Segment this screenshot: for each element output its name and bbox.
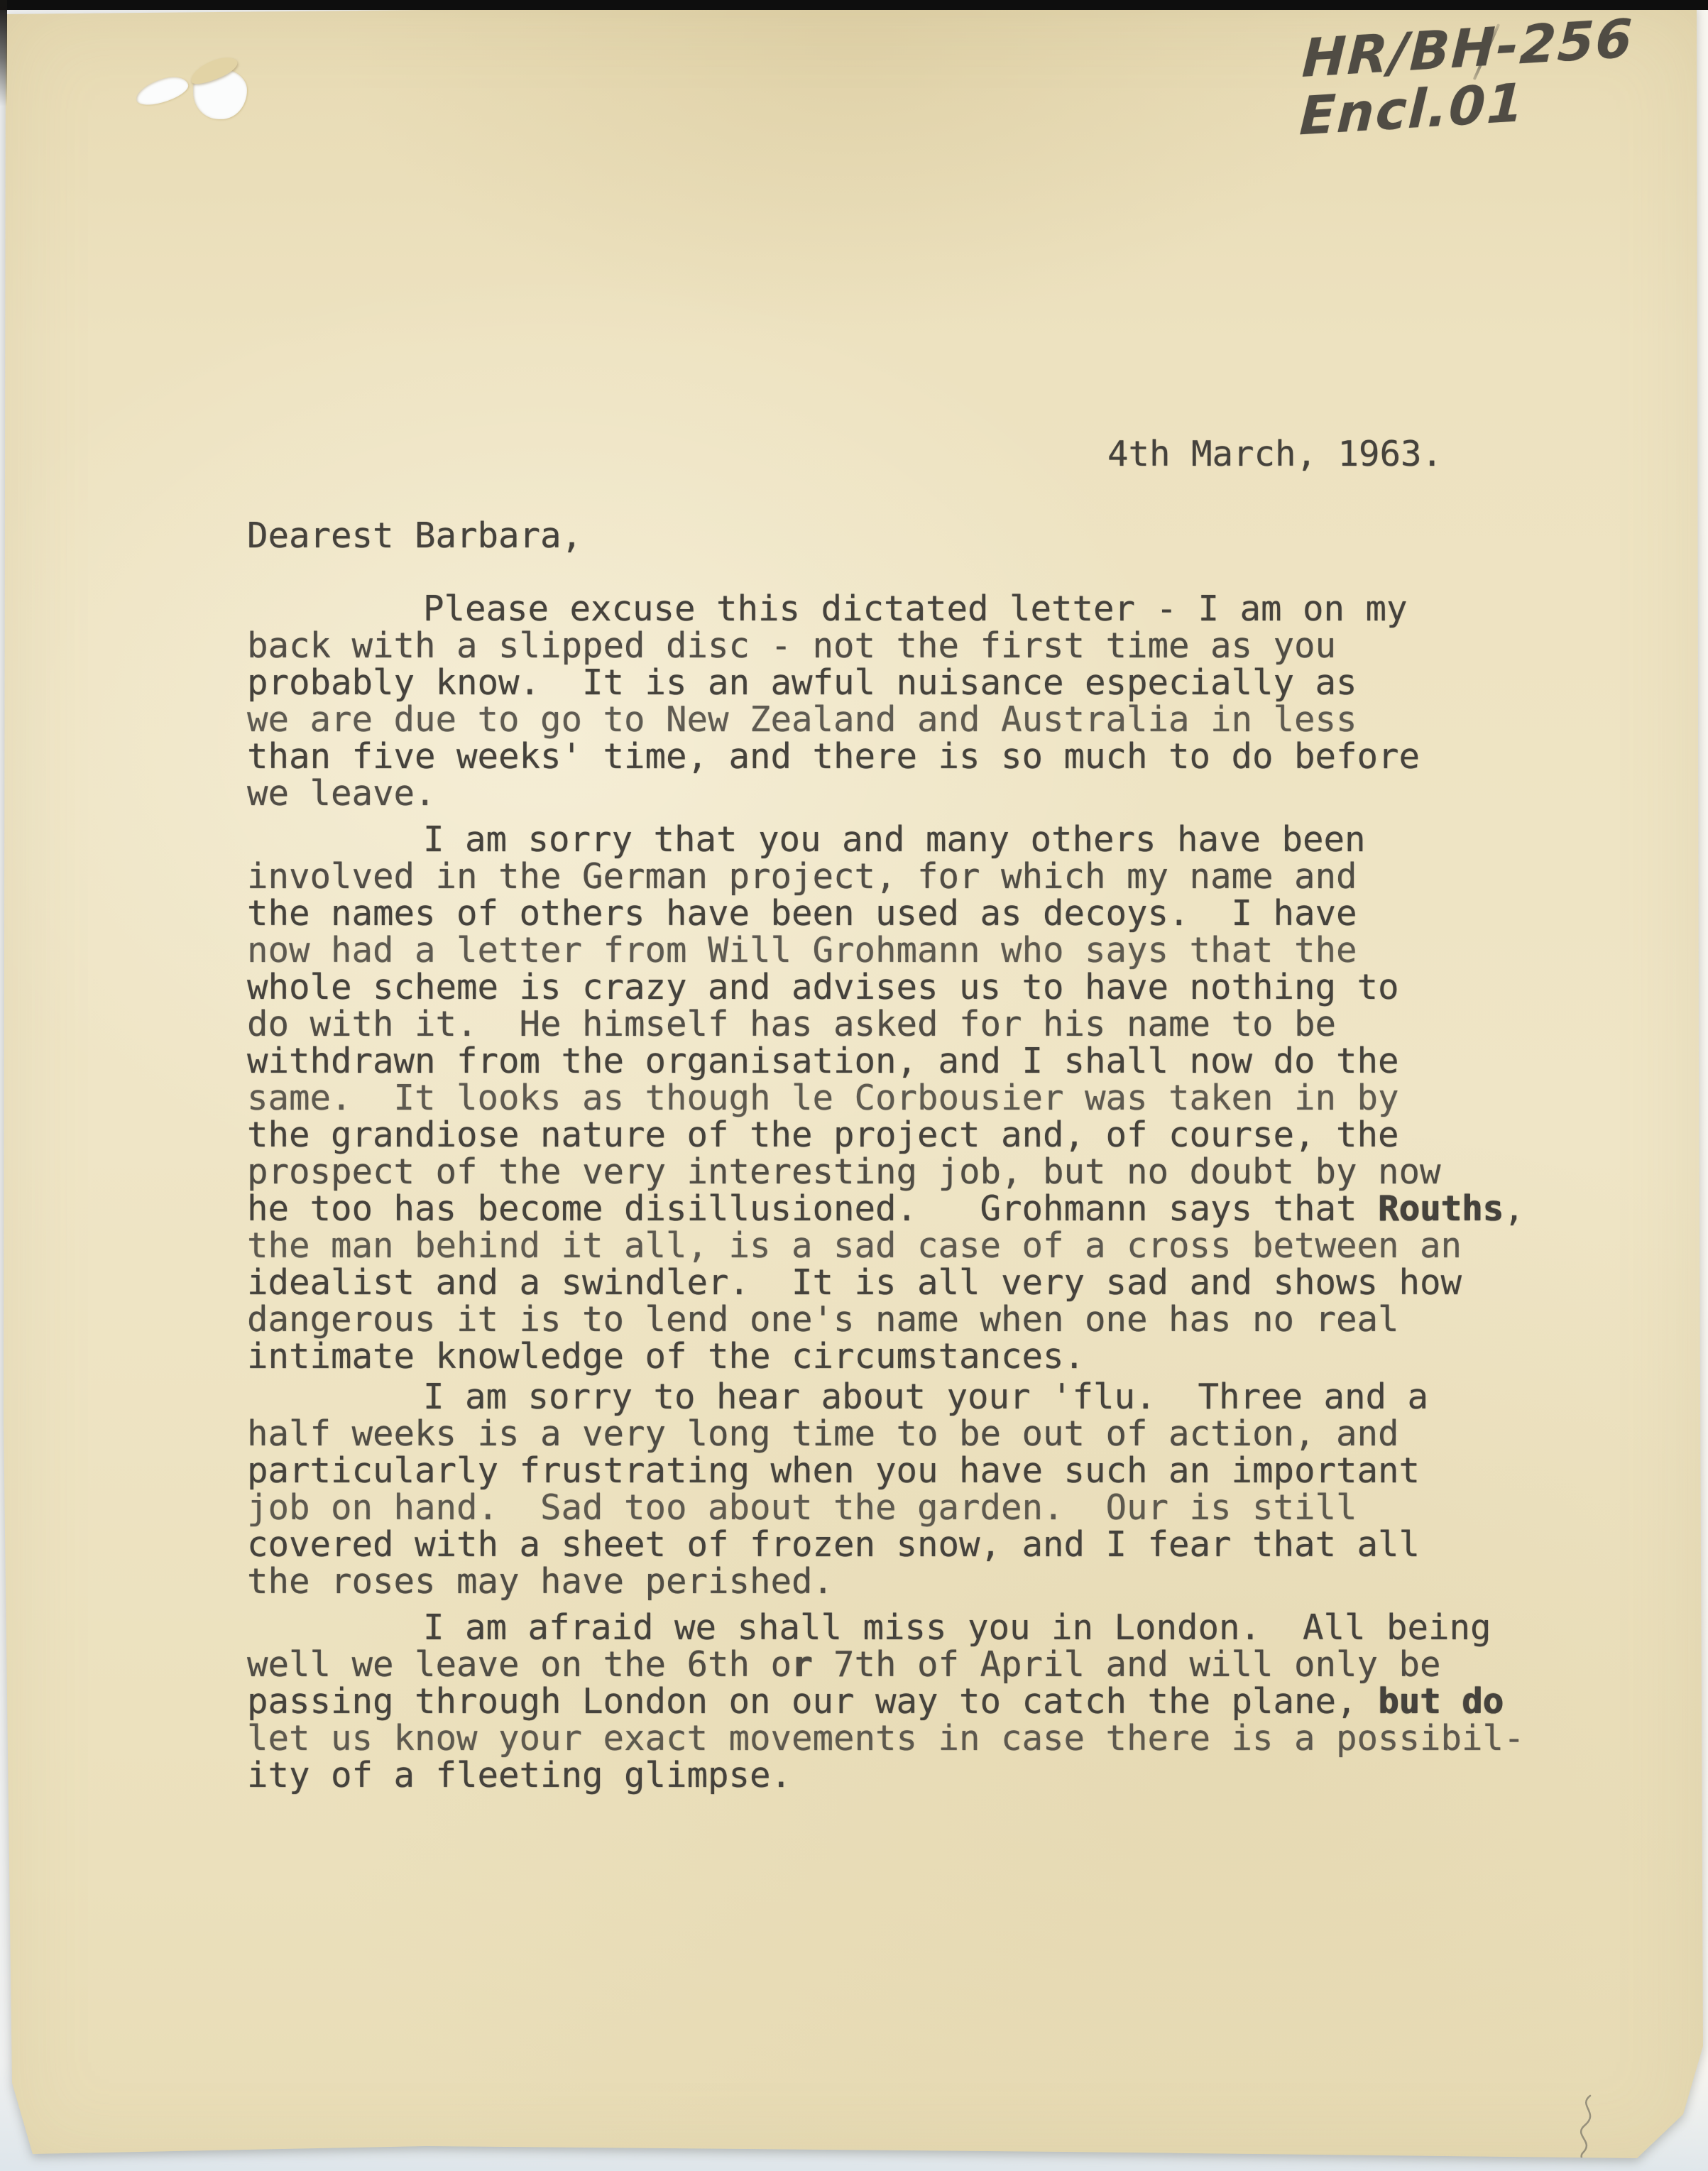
letter-line: we leave. bbox=[247, 775, 1420, 812]
letter-line: involved in the German project, for whic… bbox=[247, 858, 1525, 895]
archival-reference-annotation: HR/BH-256 Encl.01 bbox=[1298, 6, 1700, 147]
letter-line: now had a letter from Will Grohmann who … bbox=[247, 932, 1525, 969]
letter-line: the man behind it all, is a sad case of … bbox=[247, 1227, 1525, 1264]
letter-line: he too has become disillusioned. Grohman… bbox=[247, 1191, 1525, 1227]
letter-paragraph: I am afraid we shall miss you in London.… bbox=[247, 1609, 1525, 1794]
pencil-squiggle-mark bbox=[1569, 2093, 1604, 2164]
letter-line: particularly frustrating when you have s… bbox=[247, 1453, 1428, 1489]
letter-paragraph: I am sorry that you and many others have… bbox=[247, 821, 1525, 1375]
letter-line: whole scheme is crazy and advises us to … bbox=[247, 969, 1525, 1006]
letter-line: the grandiose nature of the project and,… bbox=[247, 1117, 1525, 1154]
letter-line: half weeks is a very long time to be out… bbox=[247, 1416, 1428, 1453]
letter-line: covered with a sheet of frozen snow, and… bbox=[247, 1526, 1428, 1563]
letter-line: ity of a fleeting glimpse. bbox=[247, 1757, 1525, 1794]
letter-line: job on hand. Sad too about the garden. O… bbox=[247, 1489, 1428, 1526]
letter-line: back with a slipped disc - not the first… bbox=[247, 628, 1420, 665]
letter-line: I am sorry to hear about your 'flu. Thre… bbox=[247, 1379, 1428, 1416]
letter-line: probably know. It is an awful nuisance e… bbox=[247, 665, 1420, 701]
letter-paper: HR/BH-256 Encl.01 4th March, 1963. Deare… bbox=[0, 0, 1708, 2171]
letter-line: do with it. He himself has asked for his… bbox=[247, 1006, 1525, 1043]
letter-line: passing through London on our way to cat… bbox=[247, 1683, 1525, 1720]
letter-line: dangerous it is to lend one's name when … bbox=[247, 1301, 1525, 1338]
letter-line: well we leave on the 6th or 7th of April… bbox=[247, 1646, 1525, 1683]
letter-line: withdrawn from the organisation, and I s… bbox=[247, 1043, 1525, 1080]
letter-line: we are due to go to New Zealand and Aust… bbox=[247, 701, 1420, 738]
scan-corner-shadow bbox=[0, 0, 7, 106]
letter-line: than five weeks' time, and there is so m… bbox=[247, 738, 1420, 775]
paper-shadow-wrap: HR/BH-256 Encl.01 4th March, 1963. Deare… bbox=[0, 0, 1708, 2171]
letter-paragraph: I am sorry to hear about your 'flu. Thre… bbox=[247, 1379, 1428, 1600]
scan-edge-strip bbox=[0, 0, 1708, 10]
letter-line: same. It looks as though le Corbousier w… bbox=[247, 1080, 1525, 1117]
letter-line: Please excuse this dictated letter - I a… bbox=[247, 591, 1420, 628]
letter-line: idealist and a swindler. It is all very … bbox=[247, 1264, 1525, 1301]
letter-line: prospect of the very interesting job, bu… bbox=[247, 1154, 1525, 1191]
letter-line: I am sorry that you and many others have… bbox=[247, 821, 1525, 858]
letter-paragraph: Please excuse this dictated letter - I a… bbox=[247, 591, 1420, 812]
letter-line: intimate knowledge of the circumstances. bbox=[247, 1338, 1525, 1375]
letter-body: Please excuse this dictated letter - I a… bbox=[0, 0, 1708, 2171]
letter-line: the roses may have perished. bbox=[247, 1563, 1428, 1600]
letter-line: the names of others have been used as de… bbox=[247, 895, 1525, 932]
scanned-letter-page: HR/BH-256 Encl.01 4th March, 1963. Deare… bbox=[0, 0, 1708, 2171]
letter-line: let us know your exact movements in case… bbox=[247, 1720, 1525, 1757]
letter-line: I am afraid we shall miss you in London.… bbox=[247, 1609, 1525, 1646]
